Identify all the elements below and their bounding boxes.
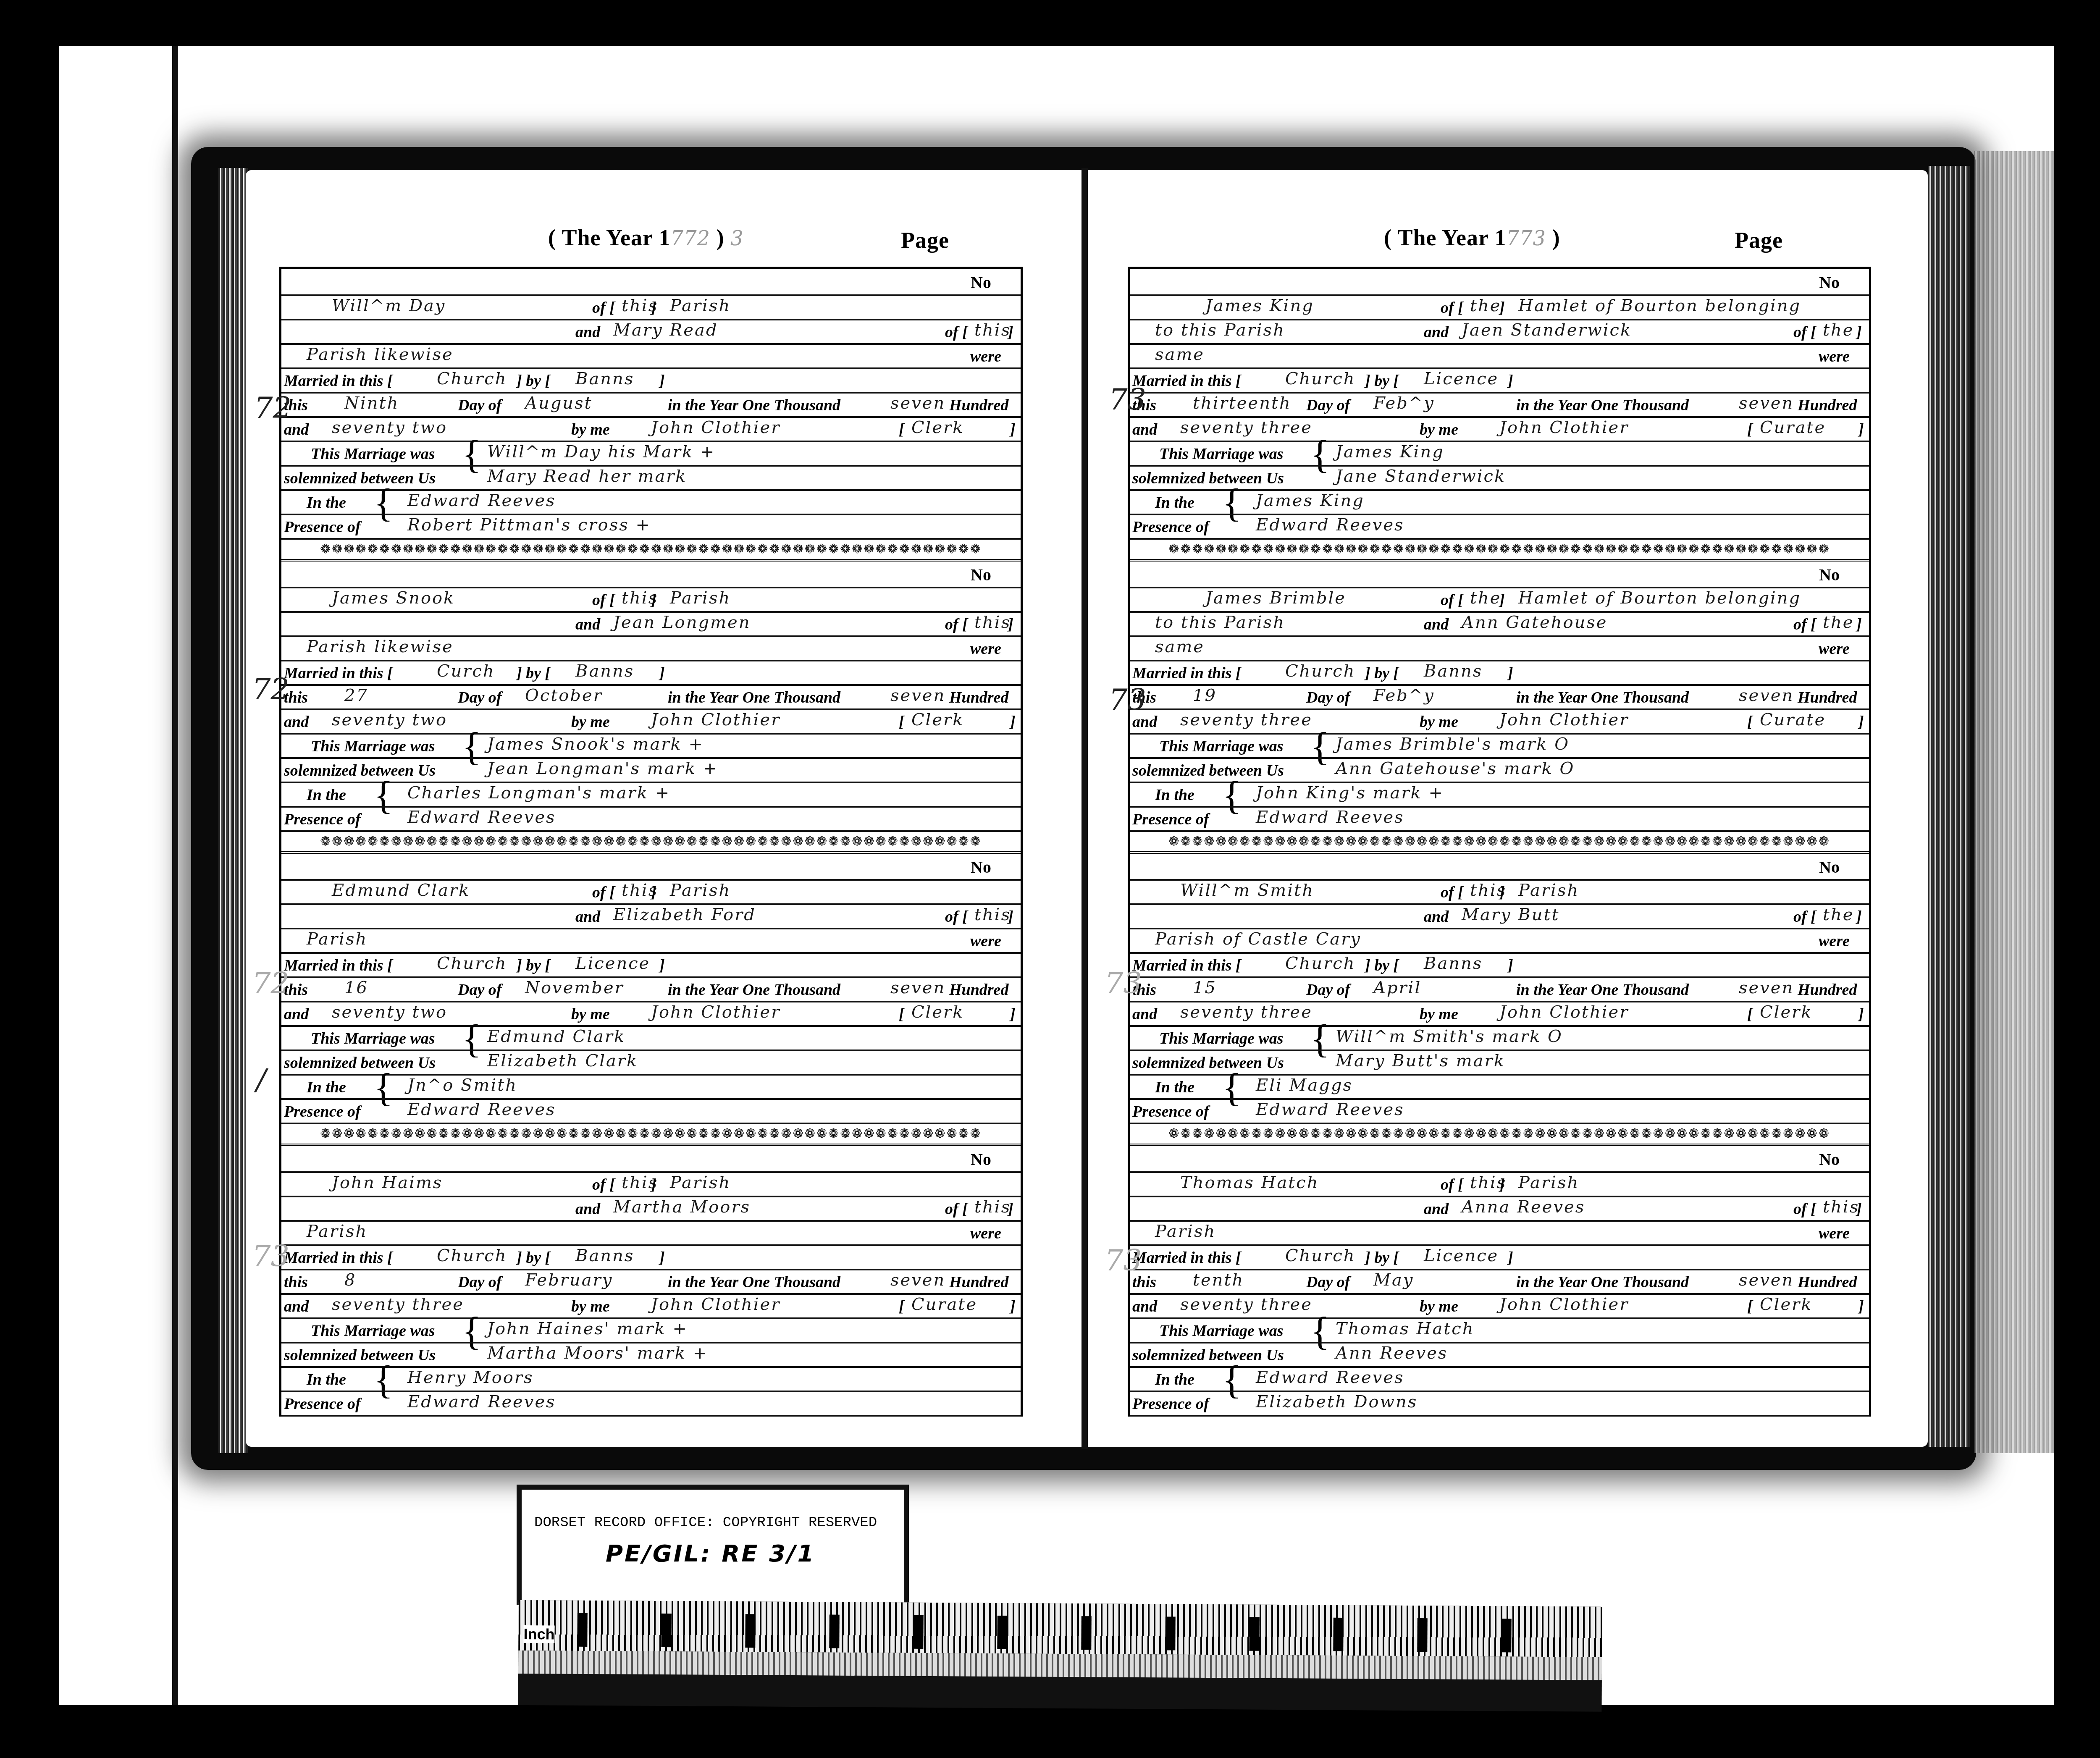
page-label: Page <box>1735 227 1783 253</box>
presence-of-label: Presence of <box>284 1395 361 1413</box>
hundred-word: seven <box>1739 1270 1794 1290</box>
groom-line: James Snookof [this]Parish <box>281 587 1021 611</box>
bride-place-line: samewere <box>1130 343 1869 367</box>
date-line: this16Day ofNovemberin the Year One Thou… <box>281 976 1021 1001</box>
marriage-by: Banns <box>575 369 634 388</box>
witness-1: John King's mark + <box>1256 783 1444 803</box>
bride-signature: Ann Gatehouse's mark O <box>1336 759 1575 778</box>
bracket-close: ] <box>1858 713 1864 731</box>
witness-line-2: Presence ofEdward Reeves <box>1130 806 1869 830</box>
of-label: of [ <box>1441 1175 1463 1194</box>
married-in-line: Married in this [Church] by [Licence] <box>1130 1244 1869 1269</box>
groom-place: Hamlet of Bourton belonging <box>1518 296 1801 315</box>
bride-place-line: Parish likewisewere <box>281 635 1021 660</box>
witness-line-1: In the{James King <box>1130 489 1869 514</box>
marriage-place: Church <box>1285 1246 1355 1265</box>
year-handwritten: 773 <box>1507 227 1546 250</box>
ruler-inch-mark <box>1081 1616 1091 1650</box>
hundred-label: Hundred <box>949 981 1008 999</box>
date-line: this19Day ofFeb^yin the Year One Thousan… <box>1130 684 1869 708</box>
officiant-role: Clerk <box>911 1002 964 1022</box>
bracket-close: ] <box>1858 420 1864 439</box>
in-the-label: In the <box>307 1370 346 1389</box>
marriage-month: April <box>1373 978 1421 997</box>
this-marriage-was-label: This Marriage was <box>1159 1029 1284 1048</box>
bride-signature: Ann Reeves <box>1336 1343 1448 1363</box>
date-line: thisthirteenthDay ofFeb^yin the Year One… <box>1130 392 1869 416</box>
married-in-line: Married in this [Church] by [Banns] <box>1130 952 1869 976</box>
by-me-label: by me <box>571 713 610 731</box>
entry-number-label: No <box>1819 1149 1840 1169</box>
bride-name: Elizabeth Ford <box>613 905 756 924</box>
bride-of-value: this <box>974 320 1011 340</box>
this-marriage-was-label: This Marriage was <box>1159 1322 1284 1340</box>
hundred-label: Hundred <box>1798 396 1857 415</box>
year-heading: ( The Year 1772 ) 3 <box>548 225 744 251</box>
bracket-close: ] <box>1858 1005 1864 1023</box>
witness-line-2: Presence ofEdward Reeves <box>281 806 1021 830</box>
by-label: ] by [ <box>517 956 550 975</box>
by-me-label: by me <box>571 1297 610 1316</box>
of-label: of [ <box>1793 615 1816 634</box>
book-gutter <box>1081 168 1088 1449</box>
ruler-unit-label: Inch <box>523 1625 554 1643</box>
bride-place-line: Parishwere <box>1130 1220 1869 1244</box>
bracket-open: [ <box>1747 1005 1753 1023</box>
solemnized-label: solemnized between Us <box>1132 469 1284 488</box>
year-handwritten: 772 <box>671 227 711 250</box>
bracket-close: ] <box>1010 1297 1016 1316</box>
ornamental-divider: ❁❁❁❁❁❁❁❁❁❁❁❁❁❁❁❁❁❁❁❁❁❁❁❁❁❁❁❁❁❁❁❁❁❁❁❁❁❁❁❁… <box>1130 538 1869 559</box>
hundred-word: seven <box>890 978 945 997</box>
groom-place: Parish <box>670 1173 731 1192</box>
were-label: were <box>970 347 1001 366</box>
and-label: and <box>575 908 600 926</box>
and-label: and <box>284 713 309 731</box>
married-in-line: Married in this [Church] by [Banns] <box>281 1244 1021 1269</box>
bracket-close: ] <box>1010 1005 1016 1023</box>
bride-signature: Martha Moors' mark + <box>487 1343 708 1363</box>
page-label: Page <box>901 227 949 253</box>
bride-place-line: Parish of Castle Carywere <box>1130 928 1869 952</box>
signature-groom-line: This Marriage was{Will^m Smith's mark O <box>1130 1025 1869 1050</box>
by-me-label: by me <box>571 1005 610 1023</box>
bride-line: to this ParishandJaen Standerwickof [the… <box>1130 319 1869 343</box>
hundred-label: Hundred <box>1798 981 1857 999</box>
marriage-day: 16 <box>344 978 368 997</box>
solemnized-label: solemnized between Us <box>1132 1054 1284 1072</box>
witness-line-1: In the{Eli Maggs <box>1130 1074 1869 1098</box>
margin-note: 72 <box>252 966 289 1000</box>
hundred-label: Hundred <box>949 1273 1008 1291</box>
by-me-label: by me <box>1420 713 1458 731</box>
in-the-label: In the <box>1155 1078 1194 1097</box>
bride-of-value: this <box>974 1197 1011 1217</box>
of-label: of [ <box>1441 591 1463 609</box>
of-label: of [ <box>592 1175 615 1194</box>
marriage-day: 19 <box>1193 686 1217 705</box>
bride-place: Parish <box>307 929 367 949</box>
day-of-label: Day of <box>1306 981 1350 999</box>
year-heading: ( The Year 1773 ) <box>1384 225 1560 251</box>
bride-signature: Mary Read her mark <box>487 467 687 486</box>
bracket-close: ] <box>1856 323 1862 341</box>
this-marriage-was-label: This Marriage was <box>1159 445 1284 463</box>
bride-of-value: this <box>1823 1197 1859 1217</box>
witness-line-2: Presence ofEdward Reeves <box>1130 1098 1869 1123</box>
bracket-close: ] <box>1858 1297 1864 1316</box>
form-bottom-rule <box>1130 1415 1869 1417</box>
witness-2: Elizabeth Downs <box>1256 1392 1417 1412</box>
ornamental-divider: ❁❁❁❁❁❁❁❁❁❁❁❁❁❁❁❁❁❁❁❁❁❁❁❁❁❁❁❁❁❁❁❁❁❁❁❁❁❁❁❁… <box>281 1123 1021 1144</box>
groom-place-continued: to this Parish <box>1155 613 1285 632</box>
marriage-place: Church <box>437 954 507 973</box>
marriage-by: Banns <box>1424 954 1483 973</box>
in-the-label: In the <box>1155 493 1194 512</box>
signature-groom-line: This Marriage was{James Snook's mark + <box>281 733 1021 757</box>
right-page: ( The Year 1773 ) Page NoJames Kingof [t… <box>1088 170 1928 1447</box>
bracket-close: ] <box>1008 615 1013 634</box>
reference-code: PE/GIL: RE 3/1 <box>606 1540 815 1567</box>
year-words: seventy three <box>1180 418 1312 437</box>
groom-place: Parish <box>1518 881 1579 900</box>
solemnized-label: solemnized between Us <box>284 1346 436 1364</box>
witness-2: Robert Pittman's cross + <box>407 515 651 535</box>
margin-note: 72 <box>252 672 289 706</box>
officiant-role: Curate <box>911 1295 977 1314</box>
bride-of-value: the <box>1823 905 1854 924</box>
this-marriage-was-label: This Marriage was <box>311 445 435 463</box>
married-in-label: Married in this [ <box>284 1249 393 1267</box>
groom-signature: Edmund Clark <box>487 1027 625 1046</box>
date-line: this8Day ofFebruaryin the Year One Thous… <box>281 1269 1021 1293</box>
bracket-close: ] <box>1499 299 1505 317</box>
ornamental-divider: ❁❁❁❁❁❁❁❁❁❁❁❁❁❁❁❁❁❁❁❁❁❁❁❁❁❁❁❁❁❁❁❁❁❁❁❁❁❁❁❁… <box>281 538 1021 559</box>
witness-line-2: Presence ofElizabeth Downs <box>1130 1391 1869 1415</box>
year-words: seventy two <box>332 418 447 437</box>
ruler-inch-mark <box>997 1616 1007 1649</box>
in-the-year-label: in the Year One Thousand <box>668 981 840 999</box>
marriage-month: October <box>525 686 603 705</box>
marriage-day: 27 <box>344 686 368 705</box>
bride-signature: Mary Butt's mark <box>1336 1051 1505 1071</box>
groom-signature: John Haines' mark + <box>487 1319 688 1338</box>
officiant-role: Clerk <box>911 418 964 437</box>
bracket-close: ] <box>659 664 665 682</box>
day-of-label: Day of <box>1306 1273 1350 1291</box>
bride-name: Anna Reeves <box>1462 1197 1585 1217</box>
groom-line: James Brimbleof [the]Hamlet of Bourton b… <box>1130 587 1869 611</box>
by-label: ] by [ <box>1365 664 1399 682</box>
day-of-label: Day of <box>458 688 501 707</box>
married-in-label: Married in this [ <box>1132 1249 1241 1267</box>
witness-line-2: Presence ofEdward Reeves <box>281 1098 1021 1123</box>
year-words: seventy three <box>1180 1002 1312 1022</box>
marriage-by: Banns <box>575 661 634 681</box>
in-the-year-label: in the Year One Thousand <box>1516 688 1689 707</box>
officiant-line: andseventy threeby meJohn Clothier[Curat… <box>1130 708 1869 733</box>
marriage-month: November <box>525 978 624 997</box>
page-edges-right <box>1928 166 1970 1447</box>
bracket-close: ] <box>1499 591 1505 609</box>
witness-1: Eli Maggs <box>1256 1076 1353 1095</box>
margin-note: / <box>256 1063 266 1097</box>
witness-line-1: In the{Edward Reeves <box>281 489 1021 514</box>
officiant-line: andseventy threeby meJohn Clothier[Curat… <box>1130 416 1869 441</box>
groom-name: Thomas Hatch <box>1180 1173 1319 1192</box>
this-marriage-was-label: This Marriage was <box>311 1322 435 1340</box>
marriage-month: February <box>525 1270 613 1290</box>
witness-line-2: Presence ofEdward Reeves <box>281 1391 1021 1415</box>
bracket-open: [ <box>899 713 904 731</box>
bride-line: andAnna Reevesof [this] <box>1130 1196 1869 1220</box>
hundred-label: Hundred <box>949 688 1008 707</box>
officiant-name: John Clothier <box>651 418 780 437</box>
ruler-inch-mark <box>1417 1618 1427 1652</box>
were-label: were <box>1819 347 1850 366</box>
bracket-close: ] <box>1008 908 1013 926</box>
bracket-close: ] <box>1010 713 1016 731</box>
bracket-close: ] <box>1856 908 1862 926</box>
were-label: were <box>970 1224 1001 1243</box>
year-words: seventy three <box>1180 1295 1312 1314</box>
hundred-label: Hundred <box>1798 688 1857 707</box>
entry-number-row: No <box>281 267 1021 294</box>
date-line: thistenthDay ofMayin the Year One Thousa… <box>1130 1269 1869 1293</box>
solemnized-label: solemnized between Us <box>1132 761 1284 780</box>
marriage-form: NoWill^m Dayof [this]ParishandMary Reado… <box>279 267 1023 1417</box>
margin-note: 73 <box>252 1239 289 1273</box>
groom-place: Parish <box>670 296 731 315</box>
marriage-place: Curch <box>437 661 495 681</box>
entry-number-row: No <box>281 559 1021 587</box>
and-label: and <box>1424 1200 1449 1218</box>
bracket-close: ] <box>1008 323 1013 341</box>
bride-place: Parish of Castle Cary <box>1155 929 1361 949</box>
officiant-line: andseventy twoby meJohn Clothier[Clerk] <box>281 1001 1021 1025</box>
date-line: thisNinthDay ofAugustin the Year One Tho… <box>281 392 1021 416</box>
bracket-close: ] <box>659 956 665 975</box>
and-label: and <box>1424 615 1449 634</box>
entry-number-label: No <box>971 1149 991 1169</box>
were-label: were <box>1819 640 1850 658</box>
bracket-close: ] <box>1499 883 1505 902</box>
hundred-word: seven <box>890 1270 945 1290</box>
bracket-close: ] <box>1508 956 1513 975</box>
bride-place-line: samewere <box>1130 635 1869 660</box>
officiant-name: John Clothier <box>651 1002 780 1022</box>
were-label: were <box>970 932 1001 950</box>
measurement-ruler: Inch <box>518 1600 1602 1712</box>
groom-place: Parish <box>670 588 731 608</box>
witness-line-2: Presence ofRobert Pittman's cross + <box>281 514 1021 538</box>
and-label: and <box>284 1297 309 1316</box>
bracket-close: ] <box>1508 1249 1513 1267</box>
bracket-close: ] <box>1008 1200 1013 1218</box>
marriage-by: Licence <box>1424 369 1499 388</box>
margin-note: 72 <box>254 391 291 425</box>
groom-name: John Haims <box>332 1173 443 1192</box>
bride-line: andElizabeth Fordof [this] <box>281 903 1021 928</box>
ruler-inch-mark <box>745 1614 755 1648</box>
groom-line: Edmund Clarkof [this]Parish <box>281 879 1021 903</box>
officiant-line: andseventy threeby meJohn Clothier[Clerk… <box>1130 1293 1869 1317</box>
witness-line-1: In the{Edward Reeves <box>1130 1366 1869 1391</box>
bride-signature: Elizabeth Clark <box>487 1051 638 1071</box>
bracket-open: [ <box>899 420 904 439</box>
signature-groom-line: This Marriage was{Edmund Clark <box>281 1025 1021 1050</box>
of-label: of [ <box>592 299 615 317</box>
groom-signature: Will^m Day his Mark + <box>487 442 715 462</box>
bride-of-value: this <box>974 613 1011 632</box>
signature-groom-line: This Marriage was{James Brimble's mark O <box>1130 733 1869 757</box>
ruler-inch-mark <box>661 1614 671 1647</box>
hundred-label: Hundred <box>1798 1273 1857 1291</box>
witness-1: Charles Longman's mark + <box>407 783 670 803</box>
marriage-place: Church <box>1285 661 1355 681</box>
this-label: this <box>284 1273 308 1291</box>
bride-name: Martha Moors <box>613 1197 751 1217</box>
entry-number-row: No <box>1130 559 1869 587</box>
solemnized-label: solemnized between Us <box>284 761 436 780</box>
bracket-close: ] <box>1508 372 1513 390</box>
officiant-line: andseventy twoby meJohn Clothier[Clerk] <box>281 708 1021 733</box>
of-label: of [ <box>945 323 968 341</box>
marriage-by: Licence <box>575 954 650 973</box>
officiant-name: John Clothier <box>1499 710 1629 729</box>
bracket-close: ] <box>1856 1200 1862 1218</box>
this-marriage-was-label: This Marriage was <box>311 737 435 756</box>
were-label: were <box>1819 1224 1850 1243</box>
ornamental-divider: ❁❁❁❁❁❁❁❁❁❁❁❁❁❁❁❁❁❁❁❁❁❁❁❁❁❁❁❁❁❁❁❁❁❁❁❁❁❁❁❁… <box>1130 1123 1869 1144</box>
by-label: ] by [ <box>1365 956 1399 975</box>
bracket-close: ] <box>651 1175 656 1194</box>
marriage-place: Church <box>1285 369 1355 388</box>
bracket-open: [ <box>1747 420 1753 439</box>
in-the-year-label: in the Year One Thousand <box>668 688 840 707</box>
groom-name: James Snook <box>332 588 455 608</box>
ruler-inch-mark <box>1249 1617 1259 1651</box>
day-of-label: Day of <box>458 1273 501 1291</box>
form-bottom-rule <box>281 1415 1021 1417</box>
and-label: and <box>575 323 600 341</box>
of-label: of [ <box>592 883 615 902</box>
and-label: and <box>1132 420 1157 439</box>
marriage-entry: NoJames Brimbleof [the]Hamlet of Bourton… <box>1130 559 1869 851</box>
bracket-open: [ <box>899 1297 904 1316</box>
were-label: were <box>1819 932 1850 950</box>
in-the-year-label: in the Year One Thousand <box>1516 396 1689 415</box>
bride-name: Mary Butt <box>1462 905 1560 924</box>
married-in-label: Married in this [ <box>1132 664 1241 682</box>
bride-place: same <box>1155 345 1205 364</box>
bride-name: Mary Read <box>613 320 718 340</box>
in-the-label: In the <box>1155 1370 1194 1389</box>
witness-1: Jn^o Smith <box>407 1076 517 1095</box>
bracket-open: [ <box>1747 1297 1753 1316</box>
witness-1: Henry Moors <box>407 1368 534 1387</box>
marriage-entry: NoThomas Hatchof [this]ParishandAnna Ree… <box>1130 1144 1869 1417</box>
groom-place-continued: to this Parish <box>1155 320 1285 340</box>
date-line: this15Day ofAprilin the Year One Thousan… <box>1130 976 1869 1001</box>
groom-line: John Haimsof [this]Parish <box>281 1171 1021 1196</box>
and-label: and <box>284 1005 309 1023</box>
marriage-by: Licence <box>1424 1246 1499 1265</box>
in-the-year-label: in the Year One Thousand <box>1516 1273 1689 1291</box>
solemnized-label: solemnized between Us <box>284 469 436 488</box>
this-marriage-was-label: This Marriage was <box>311 1029 435 1048</box>
witness-1: Edward Reeves <box>407 491 556 510</box>
page-edges-left <box>218 168 248 1453</box>
year-words: seventy three <box>1180 710 1312 729</box>
marriage-day: Ninth <box>344 394 399 413</box>
presence-of-label: Presence of <box>1132 518 1209 536</box>
officiant-role: Clerk <box>1760 1295 1812 1314</box>
entry-number-label: No <box>1819 565 1840 585</box>
bride-place-line: Parishwere <box>281 928 1021 952</box>
ruler-inch-mark <box>1165 1616 1175 1650</box>
entry-number-row: No <box>281 851 1021 879</box>
copyright-notice: DORSET RECORD OFFICE: COPYRIGHT RESERVED <box>534 1515 877 1531</box>
entry-number-label: No <box>971 565 991 585</box>
and-label: and <box>1424 323 1449 341</box>
presence-of-label: Presence of <box>284 810 361 829</box>
year-words: seventy two <box>332 1002 447 1022</box>
by-label: ] by [ <box>517 664 550 682</box>
bride-line: andMary Readof [this] <box>281 319 1021 343</box>
witness-2: Edward Reeves <box>1256 1100 1404 1119</box>
bracket-close: ] <box>659 1249 665 1267</box>
ruler-inch-mark <box>577 1613 587 1647</box>
officiant-name: John Clothier <box>651 710 780 729</box>
ornamental-divider: ❁❁❁❁❁❁❁❁❁❁❁❁❁❁❁❁❁❁❁❁❁❁❁❁❁❁❁❁❁❁❁❁❁❁❁❁❁❁❁❁… <box>281 830 1021 851</box>
date-line: this27Day ofOctoberin the Year One Thous… <box>281 684 1021 708</box>
bride-name: Jean Longmen <box>613 613 751 632</box>
witness-1: Edward Reeves <box>1256 1368 1404 1387</box>
and-label: and <box>575 1200 600 1218</box>
groom-of-value: the <box>1470 296 1501 315</box>
of-label: of [ <box>1441 883 1463 902</box>
married-in-line: Married in this [Church] by [Licence] <box>281 952 1021 976</box>
marriage-month: May <box>1373 1270 1414 1290</box>
officiant-role: Curate <box>1760 418 1826 437</box>
married-in-line: Married in this [Church] by [Licence] <box>1130 367 1869 392</box>
of-label: of [ <box>1793 1200 1816 1218</box>
marriage-by: Banns <box>1424 661 1483 681</box>
bride-place: same <box>1155 637 1205 656</box>
entry-number-row: No <box>1130 267 1869 294</box>
witness-1: James King <box>1256 491 1365 510</box>
bracket-open: [ <box>1747 713 1753 731</box>
groom-signature: James King <box>1336 442 1444 462</box>
by-label: ] by [ <box>1365 372 1399 390</box>
solemnized-label: solemnized between Us <box>284 1054 436 1072</box>
in-the-label: In the <box>307 786 346 804</box>
by-me-label: by me <box>1420 420 1458 439</box>
entry-number-label: No <box>1819 273 1840 292</box>
by-label: ] by [ <box>517 1249 550 1267</box>
by-me-label: by me <box>1420 1005 1458 1023</box>
officiant-role: Clerk <box>911 710 964 729</box>
marriage-entry: NoEdmund Clarkof [this]ParishandElizabet… <box>281 851 1021 1144</box>
officiant-role: Clerk <box>1760 1002 1812 1022</box>
bracket-close: ] <box>1499 1175 1505 1194</box>
marriage-entry: NoWill^m Smithof [this]ParishandMary But… <box>1130 851 1869 1144</box>
entry-number-label: No <box>971 857 991 877</box>
of-label: of [ <box>1441 299 1463 317</box>
marriage-month: Feb^y <box>1373 394 1435 413</box>
margin-note: 73 <box>1105 966 1142 1000</box>
